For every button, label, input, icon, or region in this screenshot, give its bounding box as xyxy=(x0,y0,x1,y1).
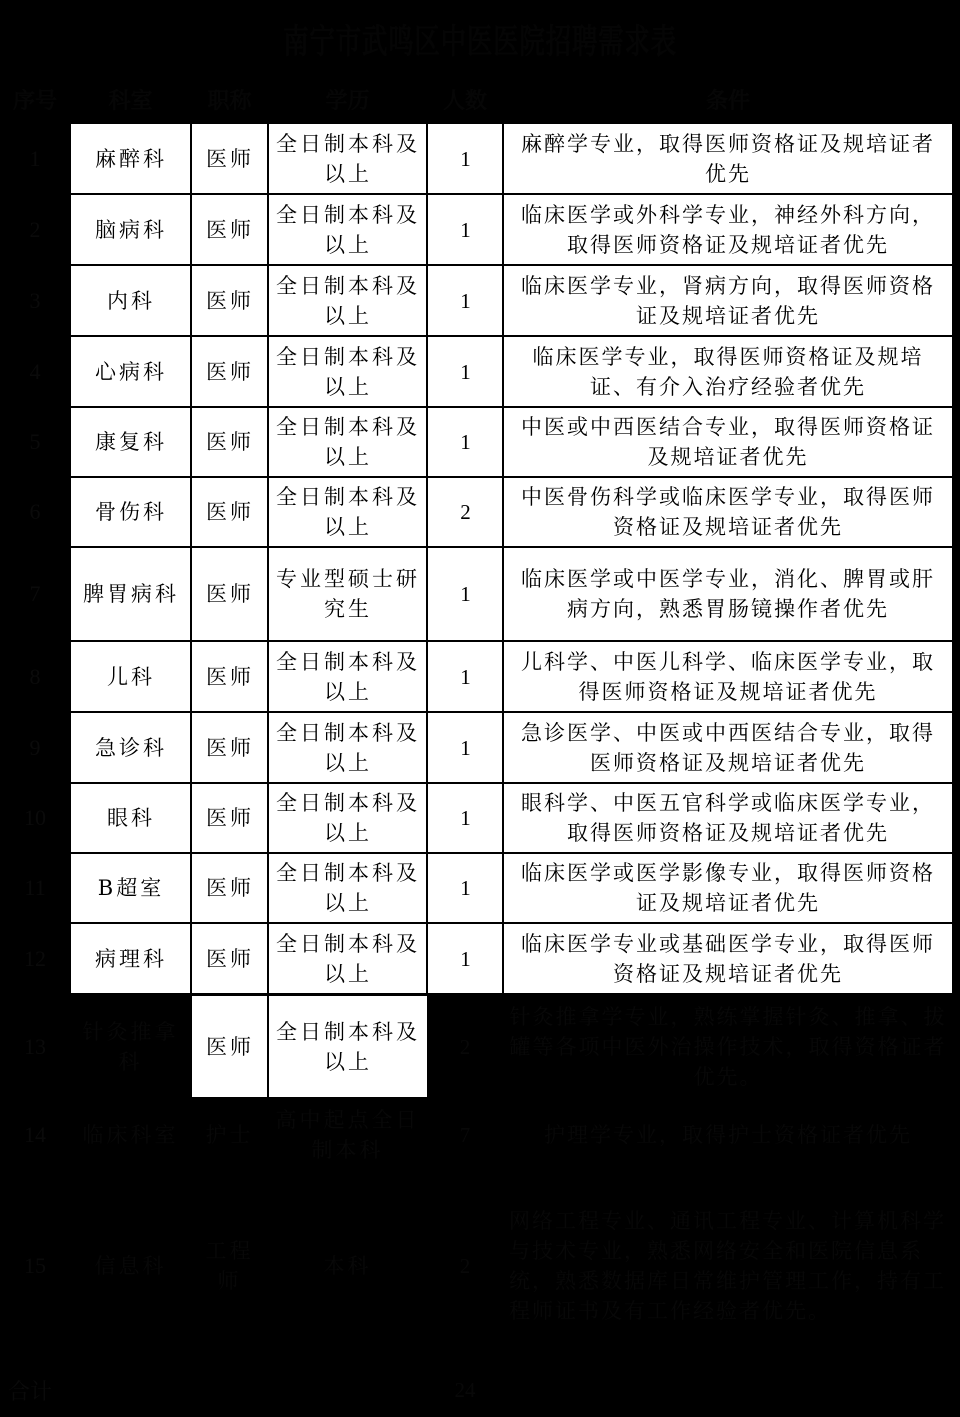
row-dept: 脾胃病科 xyxy=(69,546,193,642)
row-dept: B超室 xyxy=(69,852,193,924)
row-dept: 骨伤科 xyxy=(69,476,193,548)
row-education: 高中起点全日制本科 xyxy=(268,1099,427,1171)
row-dept: 康复科 xyxy=(69,406,193,478)
row-dept: 临床科室 xyxy=(70,1099,191,1171)
row-education: 全日制本科及以上 xyxy=(267,406,429,478)
row-title: 护士 xyxy=(191,1099,268,1171)
row-seq: 3 xyxy=(0,265,70,336)
row-seq: 8 xyxy=(0,641,70,712)
row-conditions: 临床医学或医学影像专业，取得医师资格证及规培证者优先 xyxy=(502,852,954,924)
row-title: 医师 xyxy=(190,476,270,548)
row-education: 专业型硕士研究生 xyxy=(267,546,429,642)
row-seq: 11 xyxy=(0,853,70,923)
row-education: 全日制本科及以上 xyxy=(267,922,429,995)
header-dept: 科室 xyxy=(70,84,191,118)
row-conditions: 临床医学专业或基础医学专业，取得医师资格证及规培证者优先 xyxy=(502,922,954,995)
row-conditions: 护理学专业，取得护士资格证者优先 xyxy=(503,1099,953,1171)
row-count: 1 xyxy=(426,852,505,924)
row-conditions: 儿科学、中医儿科学、临床医学专业，取得医师资格证及规培证者优先 xyxy=(502,640,954,713)
row-dept: 病理科 xyxy=(69,922,193,995)
page-title: 南宁市武鸣区中医医院招聘需求表 xyxy=(120,14,840,63)
row-title: 医师 xyxy=(190,640,270,713)
header-conditions: 条件 xyxy=(503,84,953,118)
row-education: 全日制本科及以上 xyxy=(267,122,429,195)
row-seq: 6 xyxy=(0,477,70,547)
row-dept: 信息科 xyxy=(70,1171,191,1361)
row-count: 1 xyxy=(426,335,505,408)
row-seq: 12 xyxy=(0,923,70,994)
row-title: 医师 xyxy=(190,335,270,408)
row-dept: 急诊科 xyxy=(69,711,193,784)
row-count: 1 xyxy=(426,782,505,854)
row-seq: 2 xyxy=(0,194,70,265)
row-seq: 14 xyxy=(0,1099,70,1171)
row-education: 全日制本科及以上 xyxy=(267,476,429,548)
row-seq: 4 xyxy=(0,336,70,407)
row-education: 全日制本科及以上 xyxy=(267,711,429,784)
row-dept: 心病科 xyxy=(69,335,193,408)
row-count: 1 xyxy=(426,922,505,995)
row-count: 1 xyxy=(426,122,505,195)
row-count: 1 xyxy=(426,711,505,784)
row-title: 医师 xyxy=(190,852,270,924)
row-conditions: 临床医学专业，肾病方向，取得医师资格证及规培证者优先 xyxy=(502,264,954,337)
row-conditions: 网络工程专业、通讯工程专业、计算机科学与技术专业，熟悉网络安全和医院信息系统，熟… xyxy=(503,1171,953,1361)
row-title: 医师 xyxy=(190,994,270,1099)
row-count: 2 xyxy=(427,1171,503,1361)
row-dept: 内科 xyxy=(69,264,193,337)
row-seq: 9 xyxy=(0,712,70,783)
header-education: 学历 xyxy=(268,84,427,118)
row-title: 医师 xyxy=(190,922,270,995)
row-count: 1 xyxy=(426,264,505,337)
row-title: 工程师 xyxy=(191,1171,268,1361)
row-count: 1 xyxy=(426,640,505,713)
row-title: 医师 xyxy=(190,711,270,784)
row-title: 医师 xyxy=(190,264,270,337)
header-count: 人数 xyxy=(427,84,503,118)
row-dept: 针灸推拿科 xyxy=(70,995,191,1099)
row-education: 本科 xyxy=(268,1171,427,1361)
row-dept: 眼科 xyxy=(69,782,193,854)
row-conditions: 临床医学专业，取得医师资格证及规培证、有介入治疗经验者优先 xyxy=(502,335,954,408)
row-title: 医师 xyxy=(190,406,270,478)
row-education: 全日制本科及以上 xyxy=(267,640,429,713)
row-count: 1 xyxy=(426,406,505,478)
row-title: 医师 xyxy=(190,122,270,195)
row-seq: 10 xyxy=(0,783,70,853)
row-education: 全日制本科及以上 xyxy=(267,335,429,408)
row-education: 全日制本科及以上 xyxy=(267,264,429,337)
row-seq: 13 xyxy=(0,995,70,1099)
row-seq: 5 xyxy=(0,407,70,477)
row-dept: 麻醉科 xyxy=(69,122,193,195)
row-conditions: 麻醉学专业，取得医师资格证及规培证者优先 xyxy=(502,122,954,195)
row-title: 医师 xyxy=(190,782,270,854)
row-conditions: 中医或中西医结合专业，取得医师资格证及规培证者优先 xyxy=(502,406,954,478)
header-title: 职称 xyxy=(191,84,268,118)
row-conditions: 眼科学、中医五官科学或临床医学专业，取得医师资格证及规培证者优先 xyxy=(502,782,954,854)
row-conditions: 针灸推拿学专业，熟练掌握针灸、推拿、拔罐等各项中医外治操作技术，取得资格证者优先… xyxy=(503,995,953,1099)
header-seq: 序号 xyxy=(0,84,70,118)
row-education: 全日制本科及以上 xyxy=(267,994,429,1099)
row-seq: 1 xyxy=(0,123,70,194)
row-education: 全日制本科及以上 xyxy=(267,782,429,854)
total-label: 合计 xyxy=(0,1370,60,1410)
row-seq: 15 xyxy=(0,1171,70,1361)
row-conditions: 临床医学或外科学专业，神经外科方向，取得医师资格证及规培证者优先 xyxy=(502,193,954,266)
row-title: 医师 xyxy=(190,193,270,266)
row-count: 1 xyxy=(426,546,505,642)
row-count: 1 xyxy=(426,193,505,266)
row-education: 全日制本科及以上 xyxy=(267,852,429,924)
row-title: 医师 xyxy=(190,546,270,642)
row-dept: 脑病科 xyxy=(69,193,193,266)
row-dept: 儿科 xyxy=(69,640,193,713)
row-conditions: 急诊医学、中医或中西医结合专业，取得医师资格证及规培证者优先 xyxy=(502,711,954,784)
row-education: 全日制本科及以上 xyxy=(267,193,429,266)
total-count: 24 xyxy=(427,1370,503,1410)
row-conditions: 临床医学或中医学专业，消化、脾胃或肝病方向，熟悉胃肠镜操作者优先 xyxy=(502,546,954,642)
row-count: 2 xyxy=(426,476,505,548)
row-conditions: 中医骨伤科学或临床医学专业，取得医师资格证及规培证者优先 xyxy=(502,476,954,548)
row-seq: 7 xyxy=(0,547,70,640)
row-count: 7 xyxy=(427,1099,503,1171)
row-count: 2 xyxy=(427,995,503,1099)
